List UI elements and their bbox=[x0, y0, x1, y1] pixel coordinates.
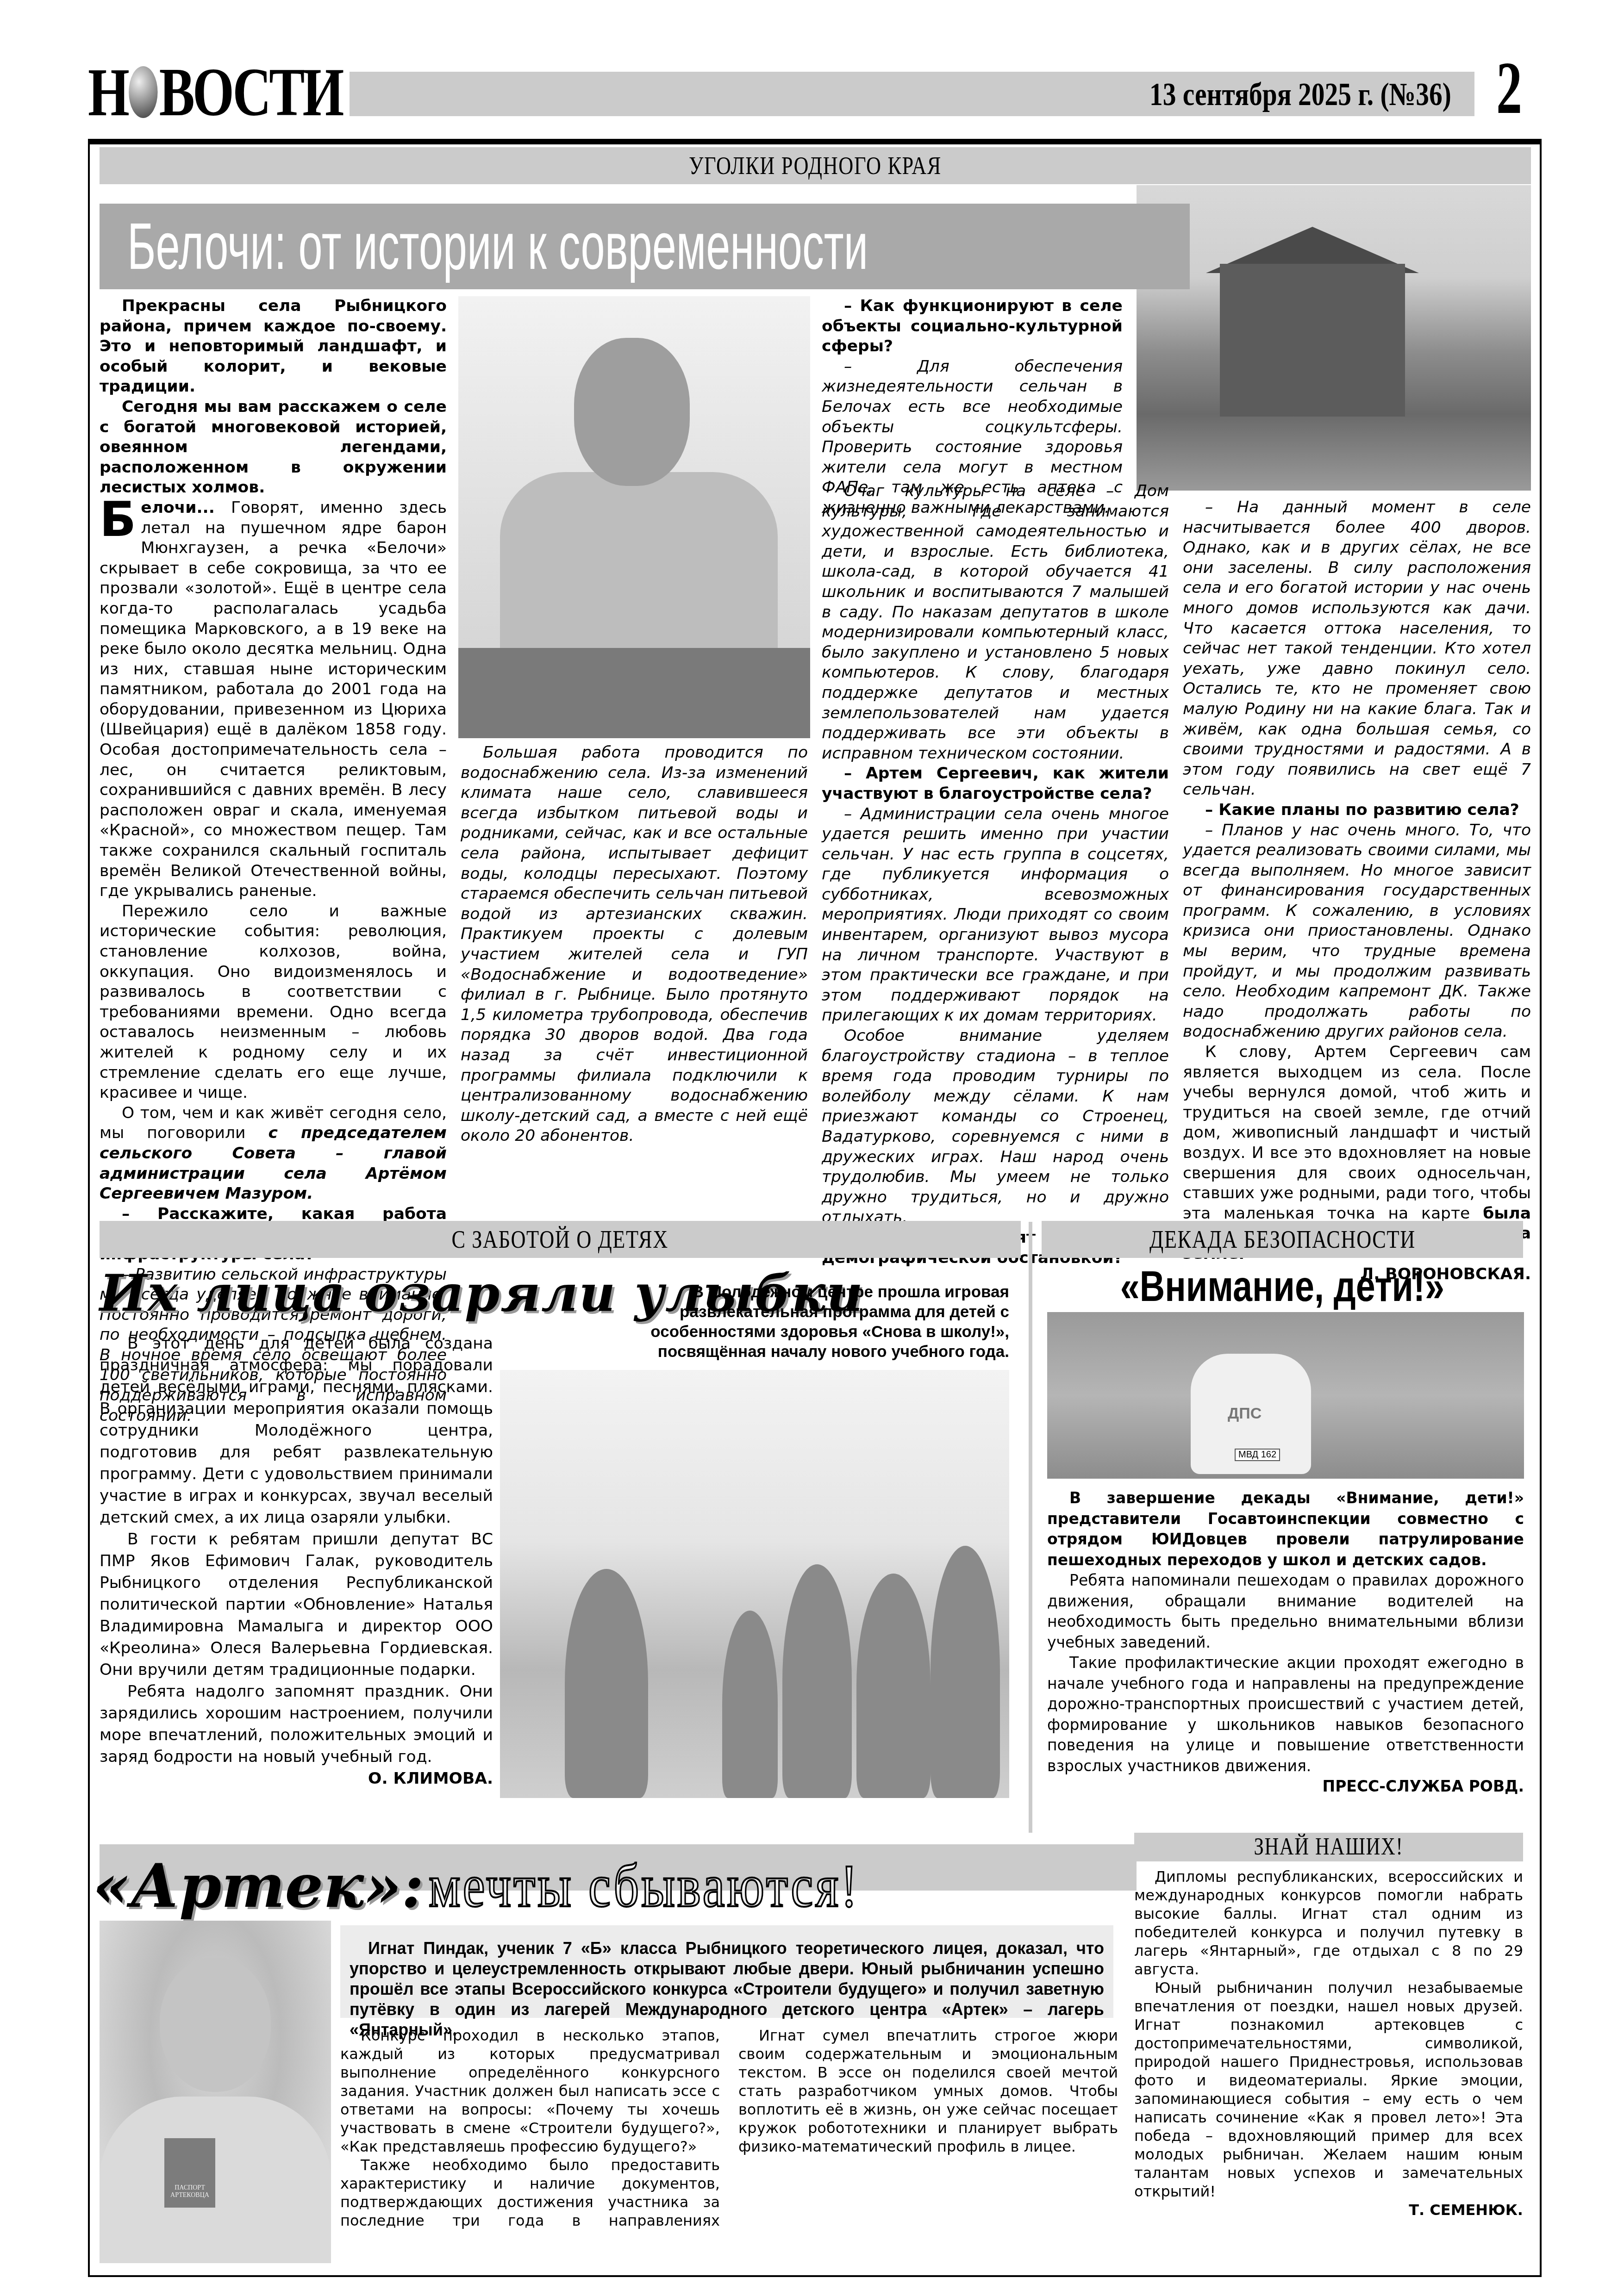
headline-outline: мечты сбываются! bbox=[429, 1847, 860, 1925]
interview-answer: Особое внимание уделяем благоустройству … bbox=[822, 1026, 1169, 1228]
artek-lead: Игнат Пиндак, ученик 7 «Б» класса Рыбниц… bbox=[340, 1925, 1113, 2018]
lead-paragraph: Игнат Пиндак, ученик 7 «Б» класса Рыбниц… bbox=[350, 1938, 1104, 2040]
kids-body: В этот день для детей была создана празд… bbox=[100, 1333, 493, 1790]
logo-letter: Н bbox=[88, 55, 127, 131]
newspaper-logo: НВОСТИ bbox=[88, 60, 290, 125]
headline: «Внимание, дети!» bbox=[1120, 1261, 1444, 1312]
globe-icon bbox=[129, 66, 157, 118]
article-title-belochi: Белочи: от истории к современности bbox=[100, 204, 1190, 289]
interview-question: – Какие планы по развитию села? bbox=[1183, 800, 1531, 821]
section-label: С ЗАБОТОЙ О ДЕТЯХ bbox=[452, 1221, 668, 1258]
artek-column-3: Дипломы республиканских, всероссийских и… bbox=[1134, 1867, 1523, 2219]
belochi-column-1: Прекрасны села Рыбницкого района, причем… bbox=[100, 296, 447, 1213]
headline-script: «Артек»: bbox=[93, 1847, 424, 1925]
patrol-car-photo: ДПСМВД 162 bbox=[1047, 1312, 1524, 1479]
paragraph: В гости к ребятам пришли депутат ВС ПМР … bbox=[100, 1529, 493, 1681]
section-header-kids: С ЗАБОТОЙ О ДЕТЯХ bbox=[100, 1221, 1021, 1258]
paragraph: Дипломы республиканских, всероссийских и… bbox=[1134, 1867, 1523, 1979]
official-portrait-photo bbox=[458, 296, 810, 738]
student-photo: ПАСПОРТ АРТЕКОВЦА bbox=[100, 1921, 331, 2263]
issue-date-bar: 13 сентября 2025 г. (№36) bbox=[350, 72, 1474, 116]
artek-passport: ПАСПОРТ АРТЕКОВЦА bbox=[164, 2138, 215, 2208]
paragraph: Ребята напоминали пешеходам о правилах д… bbox=[1047, 1570, 1524, 1653]
issue-date: 13 сентября 2025 г. (№36) bbox=[1149, 76, 1451, 113]
interview-answer: – На данный момент в селе насчитывается … bbox=[1183, 498, 1531, 800]
belochi-column-4: – На данный момент в селе насчитывается … bbox=[1183, 498, 1531, 1215]
paragraph: Конкурс проходил в несколько этапов, каж… bbox=[340, 2026, 720, 2156]
logo-text: ВОСТИ bbox=[159, 55, 342, 131]
section-header-artek: ЗНАЙ НАШИХ! bbox=[1134, 1833, 1523, 1861]
safety-body: В завершение декады «Внимание, дети!» пр… bbox=[1047, 1488, 1524, 1797]
interview-answer: – Администрации села очень многое удаетс… bbox=[822, 804, 1169, 1027]
article-title-safety: «Внимание, дети!» bbox=[1042, 1261, 1523, 1312]
article-title-artek: «Артек»:мечты сбываются! bbox=[93, 1847, 1130, 1925]
author-signature: ПРЕСС-СЛУЖБА РОВД. bbox=[1047, 1776, 1524, 1797]
paragraph-text: Говорят, именно здесь летал на пушечном … bbox=[100, 498, 447, 900]
section-label: ДЕКАДА БЕЗОПАСНОСТИ bbox=[1149, 1221, 1416, 1258]
interview-answer: – Планов у нас очень много. То, что удае… bbox=[1183, 821, 1531, 1043]
section-header-safety: ДЕКАДА БЕЗОПАСНОСТИ bbox=[1042, 1221, 1523, 1258]
section-label: ЗНАЙ НАШИХ! bbox=[1254, 1833, 1404, 1861]
kids-lead: В Молодежном центре прошла игровая развл… bbox=[602, 1282, 1009, 1362]
paragraph-lead-word: елочи... bbox=[141, 498, 215, 517]
headline: Белочи: от истории к современности bbox=[127, 204, 868, 289]
belochi-column-2: Большая работа проводится по водоснабжен… bbox=[461, 743, 808, 1215]
license-plate: МВД 162 bbox=[1235, 1449, 1280, 1461]
belochi-column-3: Очаг культуры на селе – Дом культуры, гд… bbox=[822, 481, 1169, 1217]
paragraph: Игнат сумел впечатлить строгое жюри свои… bbox=[738, 2026, 1118, 2156]
interview-question: – Артем Сергеевич, как жители участвуют … bbox=[822, 764, 1169, 804]
artek-column-2: Игнат сумел впечатлить строгое жюри свои… bbox=[738, 2026, 1118, 2156]
section-header-belochi: УГОЛКИ РОДНОГО КРАЯ bbox=[100, 147, 1531, 184]
interview-answer: Большая работа проводится по водоснабжен… bbox=[461, 743, 808, 1146]
section-label: УГОЛКИ РОДНОГО КРАЯ bbox=[689, 147, 942, 184]
page-number: 2 bbox=[1490, 53, 1529, 123]
author-signature: Т. СЕМЕНЮК. bbox=[1134, 2201, 1523, 2219]
author-signature: О. КЛИМОВА. bbox=[100, 1768, 493, 1790]
paragraph: Пережило село и важные исторические собы… bbox=[100, 902, 447, 1103]
paragraph: Юный рыбничанин получил незабываемые впе… bbox=[1134, 1979, 1523, 2201]
paragraph: В этот день для детей была создана празд… bbox=[100, 1333, 493, 1529]
kids-event-photo bbox=[500, 1370, 1009, 1798]
lead-paragraph: Сегодня мы вам расскажем о селе с богато… bbox=[100, 397, 447, 498]
paragraph: Такие профилактические акции проходят еж… bbox=[1047, 1653, 1524, 1776]
paragraph-text: К слову, Артем Сергеевич сам является вы… bbox=[1183, 1043, 1531, 1223]
paragraph: Также необходимо было предоставить харак… bbox=[340, 2156, 720, 2230]
paragraph: Ребята надолго запомнят праздник. Они за… bbox=[100, 1681, 493, 1768]
artek-column-1: Конкурс проходил в несколько этапов, каж… bbox=[340, 2026, 720, 2230]
drop-cap: Б bbox=[100, 500, 136, 539]
column-divider bbox=[1029, 1222, 1032, 1833]
lead-paragraph: В завершение декады «Внимание, дети!» пр… bbox=[1047, 1488, 1524, 1570]
interview-answer: Очаг культуры на селе – Дом культуры, гд… bbox=[822, 481, 1169, 764]
car-label: ДПС bbox=[1228, 1405, 1262, 1423]
lead-paragraph: Прекрасны села Рыбницкого района, причем… bbox=[100, 296, 447, 397]
interview-question: – Как функционируют в селе объекты социа… bbox=[822, 296, 1123, 357]
belochi-column-3-top: – Как функционируют в селе объекты социа… bbox=[822, 296, 1123, 481]
